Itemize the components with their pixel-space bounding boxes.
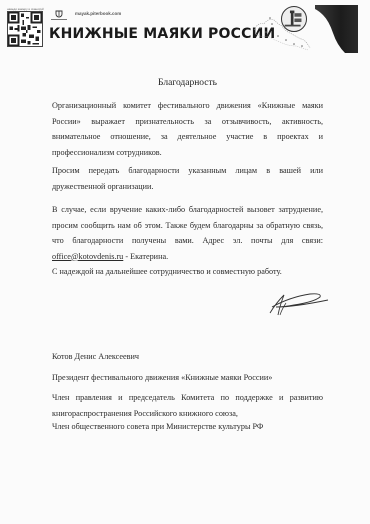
- letterhead: наведи камеру и сканируй mayak.piterbook…: [0, 0, 370, 56]
- paragraph-feedback: В случае, если вручение каких-либо благо…: [52, 202, 323, 264]
- contact-email-link[interactable]: office@kotovdenis.ru: [52, 252, 123, 261]
- publisher-logo-icon: [49, 10, 69, 22]
- feedback-text: В случае, если вручение каких-либо благо…: [52, 205, 323, 245]
- curtain-decoration-icon: [315, 5, 358, 53]
- paragraph-gratitude: Организационный комитет фестивального дв…: [52, 98, 323, 160]
- paragraph-closing: С надеждой на дальнейшее сотрудничество …: [52, 264, 323, 280]
- signatory-name: Котов Денис Алексеевич: [52, 349, 323, 365]
- contact-person: - Екатерина.: [123, 252, 168, 261]
- signatory-role-president: Президент фестивального движения «Книжны…: [52, 370, 323, 386]
- site-url: mayak.piterbook.com: [75, 11, 121, 16]
- signatory-role-committee: Член правления и председатель Комитета п…: [52, 390, 323, 421]
- letter-title: Благодарность: [52, 78, 323, 88]
- paragraph-request: Просим передать благодарности указанным …: [52, 163, 323, 194]
- signature-icon: [250, 285, 330, 320]
- signatory-role-council: Член общественного совета при Министерст…: [52, 419, 323, 435]
- lighthouse-emblem-icon: [281, 6, 307, 32]
- brand-title: КНИЖНЫЕ МАЯКИ РОССИИ: [49, 26, 275, 42]
- qr-code-icon: [7, 11, 43, 47]
